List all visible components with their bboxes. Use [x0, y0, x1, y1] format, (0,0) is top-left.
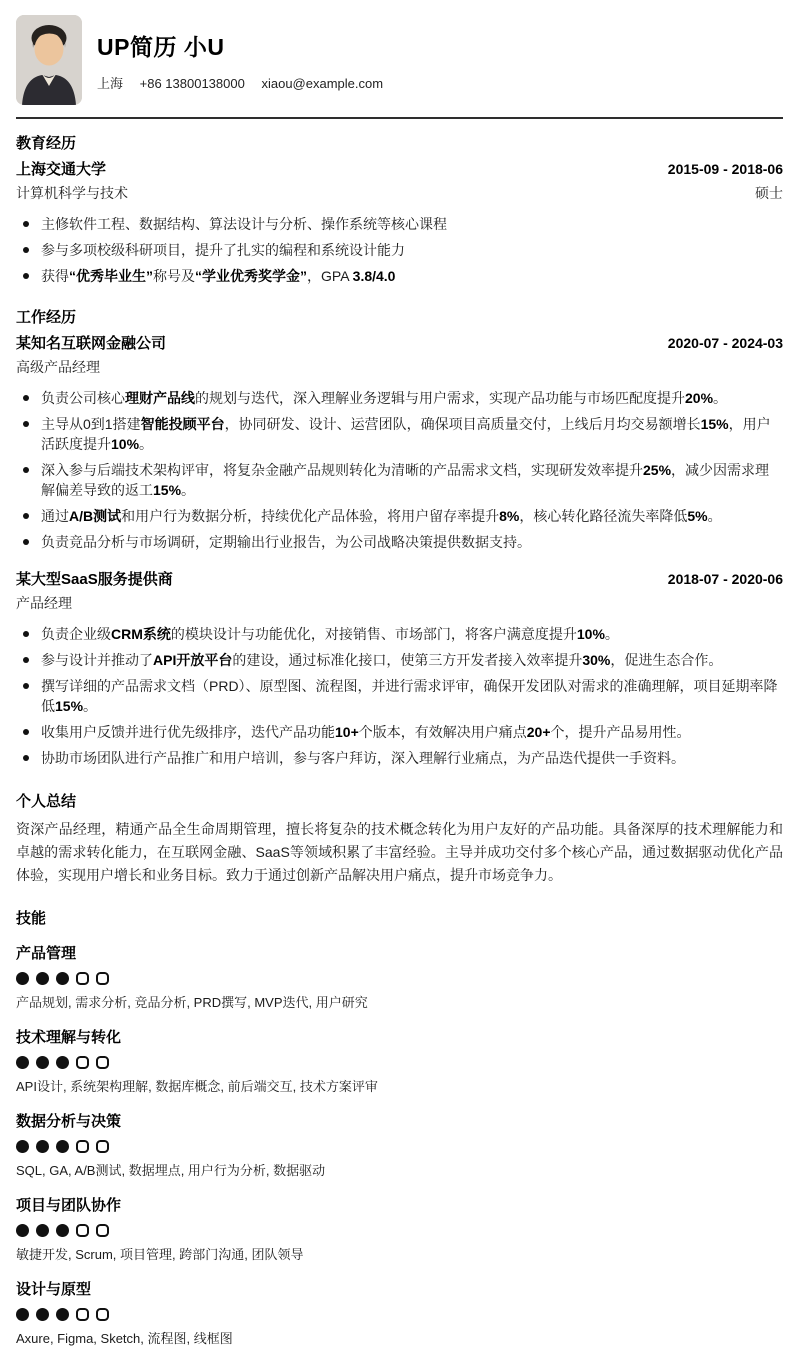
bullet-item: 获得“优秀毕业生”称号及“学业优秀奖学金”，GPA 3.8/4.0 [16, 266, 783, 286]
job-date: 2018-07 - 2020-06 [668, 571, 783, 587]
bullet-item: 参与设计并推动了API开放平台的建设，通过标准化接口，使第三方开发者接入效率提升… [16, 650, 783, 670]
education-sub-row: 计算机科学与技术 硕士 [16, 183, 783, 203]
skill-level-indicator [16, 1308, 783, 1321]
company-name: 某大型SaaS服务提供商 [16, 568, 173, 589]
skill-dot-empty-icon [96, 1308, 109, 1321]
skill-keywords: 产品规划, 需求分析, 竞品分析, PRD撰写, MVP迭代, 用户研究 [16, 994, 783, 1012]
bold-text: 10% [111, 436, 139, 452]
text: 深入参与后端技术架构评审，将复杂金融产品规则转化为清晰的产品需求文档，实现研发效… [41, 462, 643, 478]
education-title: 教育经历 [16, 132, 783, 153]
skill-level-indicator [16, 1224, 783, 1237]
bold-text: API开放平台 [153, 652, 232, 668]
bold-text: 5% [687, 508, 707, 524]
job-role: 产品经理 [16, 593, 72, 613]
skill-name: 设计与原型 [16, 1278, 783, 1299]
contact-phone: +86 13800138000 [140, 76, 245, 91]
skill-name: 数据分析与决策 [16, 1110, 783, 1131]
text: ，促进生态合作。 [610, 652, 722, 668]
text: 。 [708, 508, 722, 524]
bold-text: 理财产品线 [125, 390, 195, 406]
bullet-item: 参与多项校级科研项目，提升了扎实的编程和系统设计能力 [16, 240, 783, 260]
job-sub-row: 高级产品经理 [16, 357, 783, 377]
skill-dot-empty-icon [76, 972, 89, 985]
skill-dot-filled-icon [16, 1140, 29, 1153]
avatar [16, 15, 82, 105]
skill-dot-empty-icon [96, 1056, 109, 1069]
header-divider [16, 117, 783, 119]
skill-dot-empty-icon [76, 1140, 89, 1153]
text: 。 [713, 390, 727, 406]
bold-text: 25% [643, 462, 671, 478]
degree: 硕士 [755, 183, 783, 203]
section-skills: 技能 产品管理 产品规划, 需求分析, 竞品分析, PRD撰写, MVP迭代, … [16, 907, 783, 1348]
skill-dot-filled-icon [36, 1140, 49, 1153]
text: 协助市场团队进行产品推广和用户培训，参与客户拜访，深入理解行业痛点，为产品迭代提… [41, 750, 685, 766]
bold-text: “学业优秀奖学金” [195, 268, 307, 284]
bold-text: A/B测试 [69, 508, 121, 524]
education-date: 2015-09 - 2018-06 [668, 161, 783, 177]
text: 个版本，有效解决用户痛点 [359, 724, 527, 740]
skill-dot-filled-icon [56, 1056, 69, 1069]
bullet-item: 主导从0到1搭建智能投顾平台，协同研发、设计、运营团队，确保项目高质量交付，上线… [16, 414, 783, 454]
text: 主导从0到1搭建 [41, 416, 141, 432]
skill-dot-filled-icon [36, 1308, 49, 1321]
skill-keywords: SQL, GA, A/B测试, 数据埋点, 用户行为分析, 数据驱动 [16, 1162, 783, 1180]
skill-level-indicator [16, 1140, 783, 1153]
text: 。 [605, 626, 619, 642]
skill-dot-empty-icon [76, 1056, 89, 1069]
text: 和用户行为数据分析，持续优化产品体验，将用户留存率提升 [121, 508, 499, 524]
text: ，核心转化路径流失率降低 [519, 508, 687, 524]
skill-dot-filled-icon [16, 1308, 29, 1321]
skill-block: 数据分析与决策 SQL, GA, A/B测试, 数据埋点, 用户行为分析, 数据… [16, 1110, 783, 1180]
education-entry: 上海交通大学 2015-09 - 2018-06 计算机科学与技术 硕士 主修软… [16, 158, 783, 286]
text: ，协同研发、设计、运营团队，确保项目高质量交付，上线后月均交易额增长 [225, 416, 701, 432]
skill-dot-filled-icon [16, 972, 29, 985]
summary-title: 个人总结 [16, 790, 783, 811]
bold-text: 20+ [527, 724, 551, 740]
section-summary: 个人总结 资深产品经理，精通产品全生命周期管理，擅长将复杂的技术概念转化为用户友… [16, 790, 783, 887]
skill-keywords: API设计, 系统架构理解, 数据库概念, 前后端交互, 技术方案评审 [16, 1078, 783, 1096]
skill-dot-filled-icon [36, 1056, 49, 1069]
contact-email: xiaou@example.com [261, 76, 383, 91]
text: 的建设，通过标准化接口，使第三方开发者接入效率提升 [232, 652, 582, 668]
skill-dot-filled-icon [56, 1308, 69, 1321]
resume-page: UP简历 小U 上海 +86 13800138000 xiaou@example… [0, 0, 799, 1358]
bold-text: CRM系统 [111, 626, 171, 642]
skill-name: 技术理解与转化 [16, 1026, 783, 1047]
skill-dot-filled-icon [56, 972, 69, 985]
bullet-item: 撰写详细的产品需求文档（PRD）、原型图、流程图，并进行需求评审，确保开发团队对… [16, 676, 783, 716]
job-date: 2020-07 - 2024-03 [668, 335, 783, 351]
text: 个，提升产品易用性。 [551, 724, 691, 740]
section-work: 工作经历 某知名互联网金融公司 2020-07 - 2024-03 高级产品经理… [16, 306, 783, 768]
skill-keywords: Axure, Figma, Sketch, 流程图, 线框图 [16, 1330, 783, 1348]
text: 的规划与迭代，深入理解业务逻辑与用户需求，实现产品功能与市场匹配度提升 [195, 390, 685, 406]
skill-dot-empty-icon [76, 1224, 89, 1237]
candidate-name: UP简历 小U [97, 29, 396, 62]
school-name: 上海交通大学 [16, 158, 106, 179]
bullet-item: 通过A/B测试和用户行为数据分析，持续优化产品体验，将用户留存率提升8%，核心转… [16, 506, 783, 526]
bullet-item: 负责竞品分析与市场调研，定期输出行业报告，为公司战略决策提供数据支持。 [16, 532, 783, 552]
skill-level-indicator [16, 972, 783, 985]
text: 获得 [41, 268, 69, 284]
skill-block: 技术理解与转化 API设计, 系统架构理解, 数据库概念, 前后端交互, 技术方… [16, 1026, 783, 1096]
text: 收集用户反馈并进行优先级排序，迭代产品功能 [41, 724, 335, 740]
education-header-row: 上海交通大学 2015-09 - 2018-06 [16, 158, 783, 179]
skill-dot-empty-icon [96, 972, 109, 985]
summary-text: 资深产品经理，精通产品全生命周期管理，擅长将复杂的技术概念转化为用户友好的产品功… [16, 818, 783, 887]
bold-text: 10% [577, 626, 605, 642]
text: ，GPA [307, 268, 353, 284]
skill-name: 产品管理 [16, 942, 783, 963]
text: 称号及 [153, 268, 195, 284]
bullet-item: 主修软件工程、数据结构、算法设计与分析、操作系统等核心课程 [16, 214, 783, 234]
skill-dot-empty-icon [76, 1308, 89, 1321]
bold-text: 20% [685, 390, 713, 406]
text: 。 [139, 436, 153, 452]
avatar-photo [16, 15, 82, 105]
job-role: 高级产品经理 [16, 357, 100, 377]
skill-keywords: 敏捷开发, Scrum, 项目管理, 跨部门沟通, 团队领导 [16, 1246, 783, 1264]
skill-block: 项目与团队协作 敏捷开发, Scrum, 项目管理, 跨部门沟通, 团队领导 [16, 1194, 783, 1264]
text: 的模块设计与功能优化，对接销售、市场部门，将客户满意度提升 [171, 626, 577, 642]
bullet-item: 协助市场团队进行产品推广和用户培训，参与客户拜访，深入理解行业痛点，为产品迭代提… [16, 748, 783, 768]
skill-dot-filled-icon [16, 1224, 29, 1237]
bold-text: 10+ [335, 724, 359, 740]
bold-text: 3.8/4.0 [353, 268, 396, 284]
skills-title: 技能 [16, 907, 783, 928]
work-title: 工作经历 [16, 306, 783, 327]
company-name: 某知名互联网金融公司 [16, 332, 166, 353]
major: 计算机科学与技术 [16, 183, 128, 203]
job-header-row: 某知名互联网金融公司 2020-07 - 2024-03 [16, 332, 783, 353]
bold-text: 30% [582, 652, 610, 668]
skill-dot-filled-icon [56, 1224, 69, 1237]
text: 通过 [41, 508, 69, 524]
skill-dot-filled-icon [36, 972, 49, 985]
skill-dot-filled-icon [56, 1140, 69, 1153]
text: 负责企业级 [41, 626, 111, 642]
text: 撰写详细的产品需求文档（PRD）、原型图、流程图，并进行需求评审，确保开发团队对… [41, 678, 778, 714]
job-entry: 某知名互联网金融公司 2020-07 - 2024-03 高级产品经理 负责公司… [16, 332, 783, 552]
text: 负责竞品分析与市场调研，定期输出行业报告，为公司战略决策提供数据支持。 [41, 534, 531, 550]
header-info: UP简历 小U 上海 +86 13800138000 xiaou@example… [97, 15, 396, 92]
contact-line: 上海 +86 13800138000 xiaou@example.com [97, 73, 396, 92]
skill-name: 项目与团队协作 [16, 1194, 783, 1215]
job-bullets: 负责企业级CRM系统的模块设计与功能优化，对接销售、市场部门，将客户满意度提升1… [16, 624, 783, 768]
skill-block: 产品管理 产品规划, 需求分析, 竞品分析, PRD撰写, MVP迭代, 用户研… [16, 942, 783, 1012]
text: 。 [83, 698, 97, 714]
bold-text: “优秀毕业生” [69, 268, 153, 284]
text: 负责公司核心 [41, 390, 125, 406]
section-education: 教育经历 上海交通大学 2015-09 - 2018-06 计算机科学与技术 硕… [16, 132, 783, 286]
skill-dot-filled-icon [36, 1224, 49, 1237]
text: 主修软件工程、数据结构、算法设计与分析、操作系统等核心课程 [41, 216, 447, 232]
bold-text: 15% [153, 482, 181, 498]
education-bullets: 主修软件工程、数据结构、算法设计与分析、操作系统等核心课程 参与多项校级科研项目… [16, 214, 783, 286]
bullet-item: 收集用户反馈并进行优先级排序，迭代产品功能10+个版本，有效解决用户痛点20+个… [16, 722, 783, 742]
bold-text: 智能投顾平台 [141, 416, 225, 432]
bold-text: 8% [499, 508, 519, 524]
skill-dot-empty-icon [96, 1224, 109, 1237]
bold-text: 15% [701, 416, 729, 432]
skill-dot-empty-icon [96, 1140, 109, 1153]
job-header-row: 某大型SaaS服务提供商 2018-07 - 2020-06 [16, 568, 783, 589]
text: 参与设计并推动了 [41, 652, 153, 668]
skill-dot-filled-icon [16, 1056, 29, 1069]
bullet-item: 深入参与后端技术架构评审，将复杂金融产品规则转化为清晰的产品需求文档，实现研发效… [16, 460, 783, 500]
skill-block: 设计与原型 Axure, Figma, Sketch, 流程图, 线框图 [16, 1278, 783, 1348]
text: 。 [181, 482, 195, 498]
bullet-item: 负责公司核心理财产品线的规划与迭代，深入理解业务逻辑与用户需求，实现产品功能与市… [16, 388, 783, 408]
text: 参与多项校级科研项目，提升了扎实的编程和系统设计能力 [41, 242, 405, 258]
resume-header: UP简历 小U 上海 +86 13800138000 xiaou@example… [16, 15, 783, 105]
bold-text: 15% [55, 698, 83, 714]
job-sub-row: 产品经理 [16, 593, 783, 613]
contact-location: 上海 [97, 76, 123, 91]
job-entry: 某大型SaaS服务提供商 2018-07 - 2020-06 产品经理 负责企业… [16, 568, 783, 768]
bullet-item: 负责企业级CRM系统的模块设计与功能优化，对接销售、市场部门，将客户满意度提升1… [16, 624, 783, 644]
skill-level-indicator [16, 1056, 783, 1069]
job-bullets: 负责公司核心理财产品线的规划与迭代，深入理解业务逻辑与用户需求，实现产品功能与市… [16, 388, 783, 552]
